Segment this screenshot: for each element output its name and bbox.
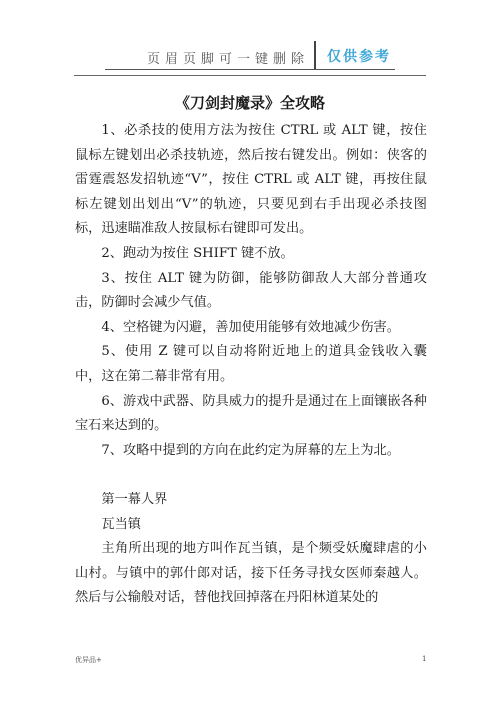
paragraph-3: 3、按住 ALT 键为防御，能够防御敌人大部分普通攻击，防御时会减少气值。 <box>75 267 427 316</box>
document-body: 1、必杀技的使用方法为按住 CTRL 或 ALT 键，按住鼠标左键划出必杀技轨迹… <box>75 119 427 611</box>
page-number: 1 <box>422 655 426 663</box>
header-reference-label: 仅供参考 <box>327 46 391 66</box>
paragraph-1: 1、必杀技的使用方法为按住 CTRL 或 ALT 键，按住鼠标左键划出必杀技轨迹… <box>75 119 427 242</box>
paragraph-6: 6、游戏中武器、防具威力的提升是通过在上面镶嵌各种宝石来达到的。 <box>75 390 427 439</box>
header-rule <box>74 75 426 76</box>
header-note: 页眉页脚可一键删除 <box>147 48 309 67</box>
section-heading: 第一幕人界 <box>75 488 427 513</box>
footer-note: 优异品+ <box>75 655 102 665</box>
subsection-heading: 瓦当镇 <box>75 513 427 538</box>
paragraph-2: 2、跑动为按住 SHIFT 键不放。 <box>75 242 427 267</box>
section-paragraph: 主角所出现的地方叫作瓦当镇，是个频受妖魔肆虐的小山村。与镇中的郭什郎对话，接下任… <box>75 537 427 611</box>
header-divider <box>314 41 316 69</box>
document-title: 《刀剑封魔录》全攻略 <box>0 92 500 113</box>
paragraph-5: 5、使用 Z 键可以自动将附近地上的道具金钱收入囊中，这在第二幕非常有用。 <box>75 340 427 389</box>
paragraph-7: 7、攻略中提到的方向在此约定为屏幕的左上为北。 <box>75 439 427 464</box>
paragraph-4: 4、空格键为闪避，善加使用能够有效地减少伤害。 <box>75 316 427 341</box>
blank-line <box>75 463 427 488</box>
page-header: 页眉页脚可一键删除 仅供参考 <box>105 40 395 70</box>
